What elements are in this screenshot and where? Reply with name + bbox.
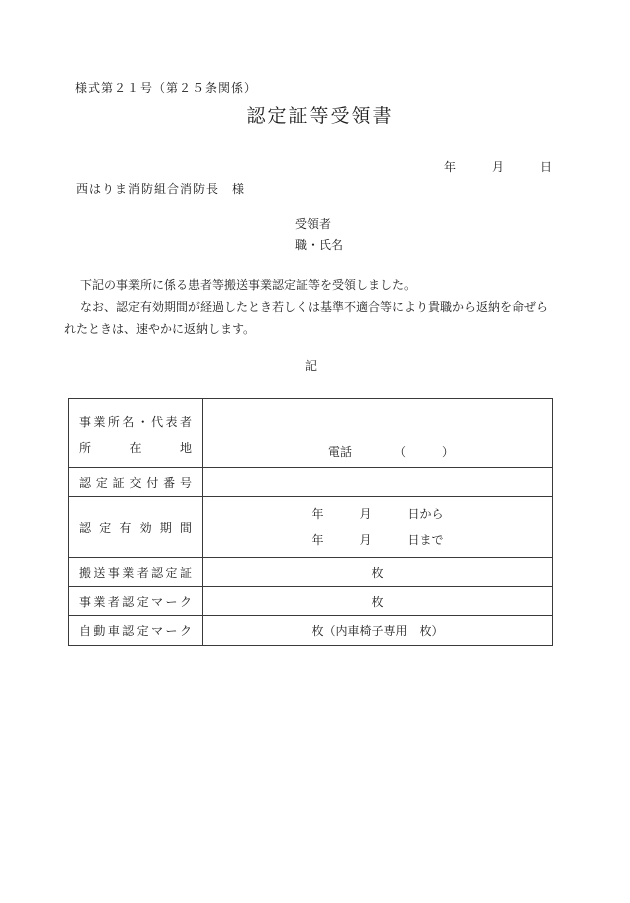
document-title: 認定証等受領書 xyxy=(0,101,630,128)
table-row-validity: 認定有効期間 年 月 日から 年 月 日まで xyxy=(69,497,552,558)
document-page: 様式第２１号（第２５条関係） 認定証等受領書 年 月 日 西はりま消防組合消防長… xyxy=(0,0,630,903)
phone-line: 電話 （ ） xyxy=(328,443,552,460)
business-mark-count: 枚 xyxy=(203,593,552,610)
row-label-validity-text: 認定有効期間 xyxy=(79,519,192,536)
body-text: 下記の事業所に係る患者等搬送事業認定証等を受領しました。 なお、認定有効期間が経… xyxy=(64,274,554,340)
row-label-transport-cert: 搬送事業者認定証 xyxy=(69,558,203,586)
row-label-business-mark: 事業者認定マーク xyxy=(69,587,203,615)
row-value-cert-number xyxy=(203,468,552,496)
form-number: 様式第２１号（第２５条関係） xyxy=(75,79,257,96)
date-line: 年 月 日 xyxy=(444,158,552,175)
row-label-vehicle-mark-text: 自動車認定マーク xyxy=(79,622,192,639)
transport-cert-count: 枚 xyxy=(203,564,552,581)
table-row-office: 事業所名・代表者 所在地 電話 （ ） xyxy=(69,399,552,468)
row-label-cert-number-text: 認定証交付番号 xyxy=(79,474,192,491)
row-label-vehicle-mark: 自動車認定マーク xyxy=(69,616,203,645)
details-table: 事業所名・代表者 所在地 電話 （ ） 認定証交付番号 認定有効期間 年 月 日… xyxy=(68,398,553,646)
row-label-validity: 認定有効期間 xyxy=(69,497,203,557)
table-row-business-mark: 事業者認定マーク 枚 xyxy=(69,587,552,616)
addressee-line: 西はりま消防組合消防長 様 xyxy=(76,180,245,197)
row-label-office: 事業所名・代表者 所在地 xyxy=(69,399,203,467)
recipient-block: 受領者 職・氏名 xyxy=(295,214,343,256)
table-row-vehicle-mark: 自動車認定マーク 枚（内車椅子専用 枚） xyxy=(69,616,552,645)
row-label-business-mark-text: 事業者認定マーク xyxy=(79,593,192,610)
recipient-label: 受領者 xyxy=(295,214,343,235)
row-value-office: 電話 （ ） xyxy=(203,399,552,467)
note-heading: 記 xyxy=(0,357,622,374)
row-value-validity: 年 月 日から 年 月 日まで xyxy=(203,497,552,557)
table-row-transport-cert: 搬送事業者認定証 枚 xyxy=(69,558,552,587)
table-row-cert-number: 認定証交付番号 xyxy=(69,468,552,497)
row-label-office-line1: 事業所名・代表者 xyxy=(79,409,192,435)
body-paragraph-2: なお、認定有効期間が経過したとき若しくは基準不適合等により貴職から返納を命ぜられ… xyxy=(64,296,554,340)
row-label-transport-cert-text: 搬送事業者認定証 xyxy=(79,564,192,581)
row-value-business-mark: 枚 xyxy=(203,587,552,615)
recipient-name-label: 職・氏名 xyxy=(295,235,343,256)
row-value-vehicle-mark: 枚（内車椅子専用 枚） xyxy=(203,616,552,645)
validity-from-line: 年 月 日から xyxy=(203,501,552,527)
row-label-cert-number: 認定証交付番号 xyxy=(69,468,203,496)
row-value-transport-cert: 枚 xyxy=(203,558,552,586)
vehicle-mark-count: 枚（内車椅子専用 枚） xyxy=(203,622,552,639)
validity-to-line: 年 月 日まで xyxy=(203,527,552,553)
row-label-office-line2: 所在地 xyxy=(79,435,192,461)
body-paragraph-1: 下記の事業所に係る患者等搬送事業認定証等を受領しました。 xyxy=(64,274,554,296)
